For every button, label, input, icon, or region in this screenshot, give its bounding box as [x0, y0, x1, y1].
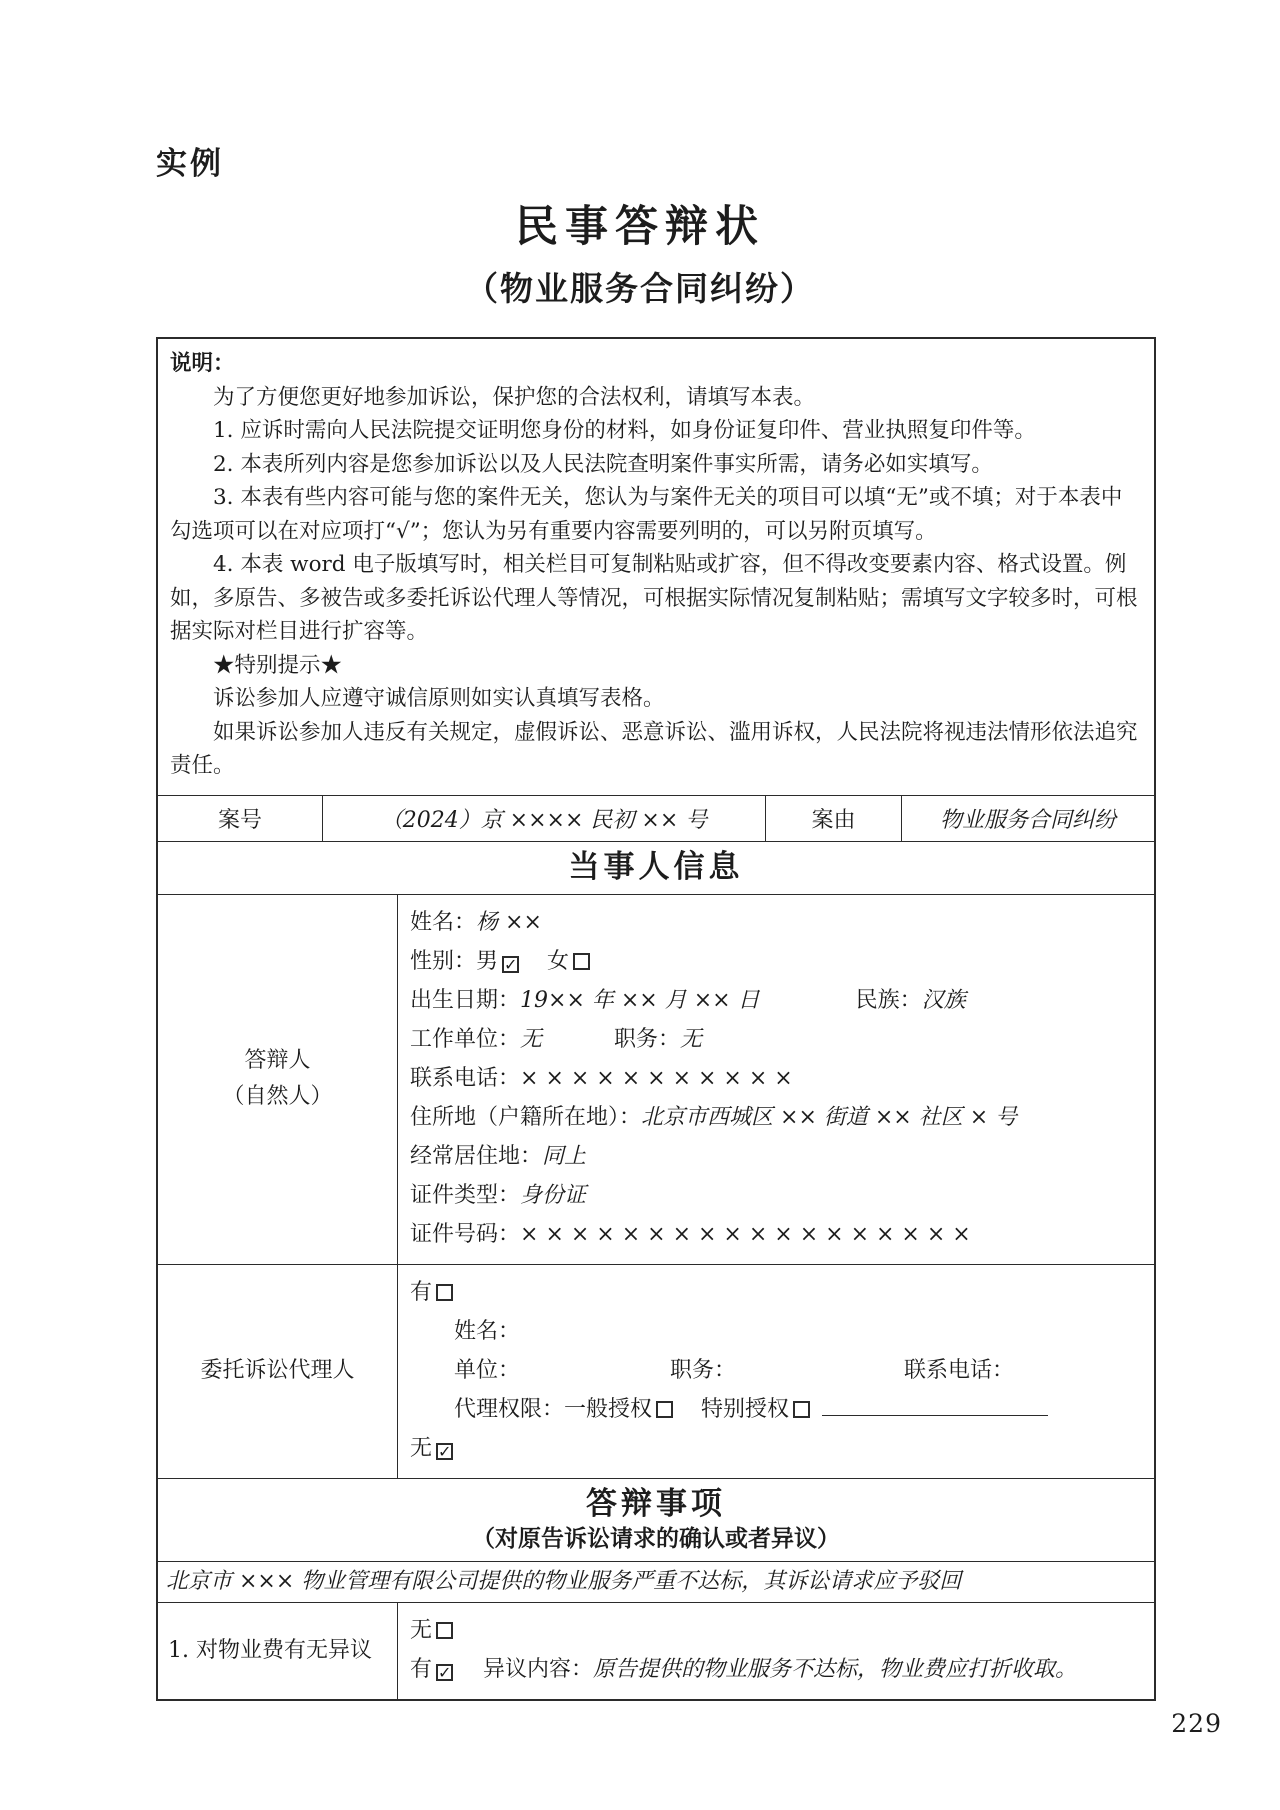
example-label: 实例: [156, 138, 224, 183]
residence-value: 同上: [542, 1144, 586, 1169]
agent-name-label: 姓名：: [454, 1319, 520, 1344]
respondent-details: 姓名：杨 ×× 性别：男✓女 出生日期：19×× 年 ×× 月 ×× 日民族：汉…: [398, 895, 1154, 1264]
agent-name-line: 姓名：: [410, 1312, 1144, 1351]
objection-value: 原告提供的物业服务不达标，物业费应打折收取。: [593, 1657, 1077, 1682]
agent-none-line: 无✓: [410, 1429, 1144, 1468]
id-number-label: 证件号码：: [410, 1222, 520, 1247]
id-type-line: 证件类型：身份证: [410, 1176, 1144, 1215]
defense-items-header: 答辩事项 （对原告诉讼请求的确认或者异议）: [158, 1478, 1154, 1561]
employer-value: 无: [520, 1027, 542, 1052]
cause-label: 案由: [766, 796, 902, 841]
defense-item1-row: 1. 对物业费有无异议 无 有✓异议内容：原告提供的物业服务不达标，物业费应打折…: [158, 1602, 1154, 1699]
case-number-label: 案号: [158, 796, 323, 841]
authority-blank-line: [822, 1390, 1048, 1415]
case-number-value: （2024）京 ×××× 民初 ×× 号: [323, 796, 766, 841]
respondent-label-line1: 答辩人: [244, 1043, 310, 1079]
name-label: 姓名：: [410, 910, 476, 935]
defense-items-subheading: （对原告诉讼请求的确认或者异议）: [158, 1524, 1154, 1554]
ethnic-label: 民族：: [856, 988, 922, 1013]
document-title: 民事答辩状: [0, 193, 1280, 254]
checkbox-no-agent-checked: ✓: [436, 1443, 453, 1460]
agent-row: 委托诉讼代理人 有 姓名： 单位：职务：联系电话： 代理权限：一般授权特别授权 …: [158, 1264, 1154, 1478]
name-value: 杨 ××: [476, 910, 542, 935]
agent-label-text: 委托诉讼代理人: [200, 1353, 354, 1389]
agent-phone-label: 联系电话：: [904, 1358, 1014, 1383]
job-label: 职务：: [614, 1027, 680, 1052]
respondent-row-label: 答辩人 （自然人）: [158, 895, 398, 1264]
checkbox-has-agent-unchecked: [436, 1284, 453, 1301]
birth-line: 出生日期：19×× 年 ×× 月 ×× 日民族：汉族: [410, 981, 1144, 1020]
authority-label: 代理权限：: [454, 1397, 564, 1422]
instructions-intro: 为了方便您更好地参加诉讼，保护您的合法权利，请填写本表。: [170, 381, 1140, 415]
gender-female-label: 女: [547, 949, 569, 974]
respondent-row: 答辩人 （自然人） 姓名：杨 ×× 性别：男✓女 出生日期：19×× 年 ×× …: [158, 894, 1154, 1264]
agent-has-line: 有: [410, 1273, 1144, 1312]
checkbox-female-unchecked: [573, 953, 590, 970]
birth-label: 出生日期：: [410, 988, 520, 1013]
employer-line: 工作单位：无职务：无: [410, 1020, 1144, 1059]
agent-row-label: 委托诉讼代理人: [158, 1265, 398, 1478]
party-info-header: 当事人信息: [158, 841, 1154, 894]
page-number: 229: [1171, 1709, 1222, 1738]
checkbox-item1-yes-checked: ✓: [436, 1664, 453, 1681]
cause-value: 物业服务合同纠纷: [902, 796, 1154, 841]
item1-no-label: 无: [410, 1618, 432, 1643]
checkbox-special-auth-unchecked: [793, 1401, 810, 1418]
checkbox-male-checked: ✓: [502, 956, 519, 973]
agent-has-label: 有: [410, 1280, 432, 1305]
special-note-line: 诉讼参加人应遵守诚信原则如实认真填写表格。: [170, 682, 1140, 716]
instructions-cell: 说明： 为了方便您更好地参加诉讼，保护您的合法权利，请填写本表。 1. 应诉时需…: [158, 339, 1154, 795]
name-line: 姓名：杨 ××: [410, 903, 1144, 942]
employer-label: 工作单位：: [410, 1027, 520, 1052]
residence-label: 经常居住地：: [410, 1144, 542, 1169]
agent-org-line: 单位：职务：联系电话：: [410, 1351, 1144, 1390]
agent-org-label: 单位：: [454, 1358, 520, 1383]
birth-value: 19×× 年 ×× 月 ×× 日: [520, 988, 760, 1013]
special-note-header: ★特别提示★: [170, 649, 1140, 683]
document-page: 实例 民事答辩状 （物业服务合同纠纷） 说明： 为了方便您更好地参加诉讼，保护您…: [0, 0, 1280, 1810]
instruction-item: 3. 本表有些内容可能与您的案件无关，您认为与案件无关的项目可以填“无”或不填；…: [170, 481, 1140, 548]
gender-label: 性别：: [410, 949, 476, 974]
item1-content: 无 有✓异议内容：原告提供的物业服务不达标，物业费应打折收取。: [398, 1603, 1154, 1699]
special-auth-label: 特别授权: [701, 1397, 789, 1422]
check-icon: ✓: [438, 1442, 451, 1461]
defense-items-heading: 答辩事项: [158, 1484, 1154, 1524]
checkbox-item1-no-unchecked: [436, 1622, 453, 1639]
phone-value: × × × × × × × × × × ×: [520, 1066, 793, 1091]
id-type-value: 身份证: [520, 1183, 586, 1208]
form-table: 说明： 为了方便您更好地参加诉讼，保护您的合法权利，请填写本表。 1. 应诉时需…: [156, 337, 1156, 1701]
checkbox-general-auth-unchecked: [656, 1401, 673, 1418]
id-number-line: 证件号码：× × × × × × × × × × × × × × × × × ×: [410, 1215, 1144, 1254]
case-number-row: 案号 （2024）京 ×××× 民初 ×× 号 案由 物业服务合同纠纷: [158, 795, 1154, 841]
ethnic-value: 汉族: [922, 988, 966, 1013]
general-auth-label: 一般授权: [564, 1397, 652, 1422]
claim-statement-row: 北京市 ××× 物业管理有限公司提供的物业服务严重不达标，其诉讼请求应予驳回: [158, 1561, 1154, 1602]
agent-none-label: 无: [410, 1436, 432, 1461]
objection-label: 异议内容：: [483, 1657, 593, 1682]
respondent-label-line2: （自然人）: [222, 1079, 332, 1115]
document-subtitle: （物业服务合同纠纷）: [0, 263, 1280, 310]
job-value: 无: [680, 1027, 702, 1052]
residence-line: 经常居住地：同上: [410, 1137, 1144, 1176]
item1-label-cell: 1. 对物业费有无异议: [158, 1603, 398, 1699]
address-label: 住所地（户籍所在地）：: [410, 1105, 641, 1130]
check-icon: ✓: [438, 1663, 451, 1682]
claim-statement: 北京市 ××× 物业管理有限公司提供的物业服务严重不达标，其诉讼请求应予驳回: [158, 1562, 1154, 1602]
instruction-item: 4. 本表 word 电子版填写时，相关栏目可复制粘贴或扩容，但不得改变要素内容…: [170, 548, 1140, 649]
special-note-line: 如果诉讼参加人违反有关规定，虚假诉讼、恶意诉讼、滥用诉权，人民法院将视违法情形依…: [170, 716, 1140, 783]
item1-yes-label: 有: [410, 1657, 432, 1682]
gender-line: 性别：男✓女: [410, 942, 1144, 981]
item1-yes-line: 有✓异议内容：原告提供的物业服务不达标，物业费应打折收取。: [410, 1650, 1144, 1689]
item1-no-line: 无: [410, 1611, 1144, 1650]
id-type-label: 证件类型：: [410, 1183, 520, 1208]
address-value: 北京市西城区 ×× 街道 ×× 社区 × 号: [641, 1105, 1017, 1130]
party-info-heading: 当事人信息: [158, 847, 1154, 887]
phone-line: 联系电话：× × × × × × × × × × ×: [410, 1059, 1144, 1098]
phone-label: 联系电话：: [410, 1066, 520, 1091]
agent-job-label: 职务：: [670, 1358, 736, 1383]
id-number-value: × × × × × × × × × × × × × × × × × ×: [520, 1222, 971, 1247]
address-line: 住所地（户籍所在地）：北京市西城区 ×× 街道 ×× 社区 × 号: [410, 1098, 1144, 1137]
agent-details: 有 姓名： 单位：职务：联系电话： 代理权限：一般授权特别授权 无✓: [398, 1265, 1154, 1478]
item1-label: 1. 对物业费有无异议: [168, 1633, 372, 1669]
instruction-item: 2. 本表所列内容是您参加诉讼以及人民法院查明案件事实所需，请务必如实填写。: [170, 448, 1140, 482]
check-icon: ✓: [504, 955, 517, 974]
instructions-heading: 说明：: [170, 347, 1140, 381]
instruction-item: 1. 应诉时需向人民法院提交证明您身份的材料，如身份证复印件、营业执照复印件等。: [170, 414, 1140, 448]
agent-authority-line: 代理权限：一般授权特别授权: [410, 1390, 1144, 1429]
gender-male-label: 男: [476, 949, 498, 974]
